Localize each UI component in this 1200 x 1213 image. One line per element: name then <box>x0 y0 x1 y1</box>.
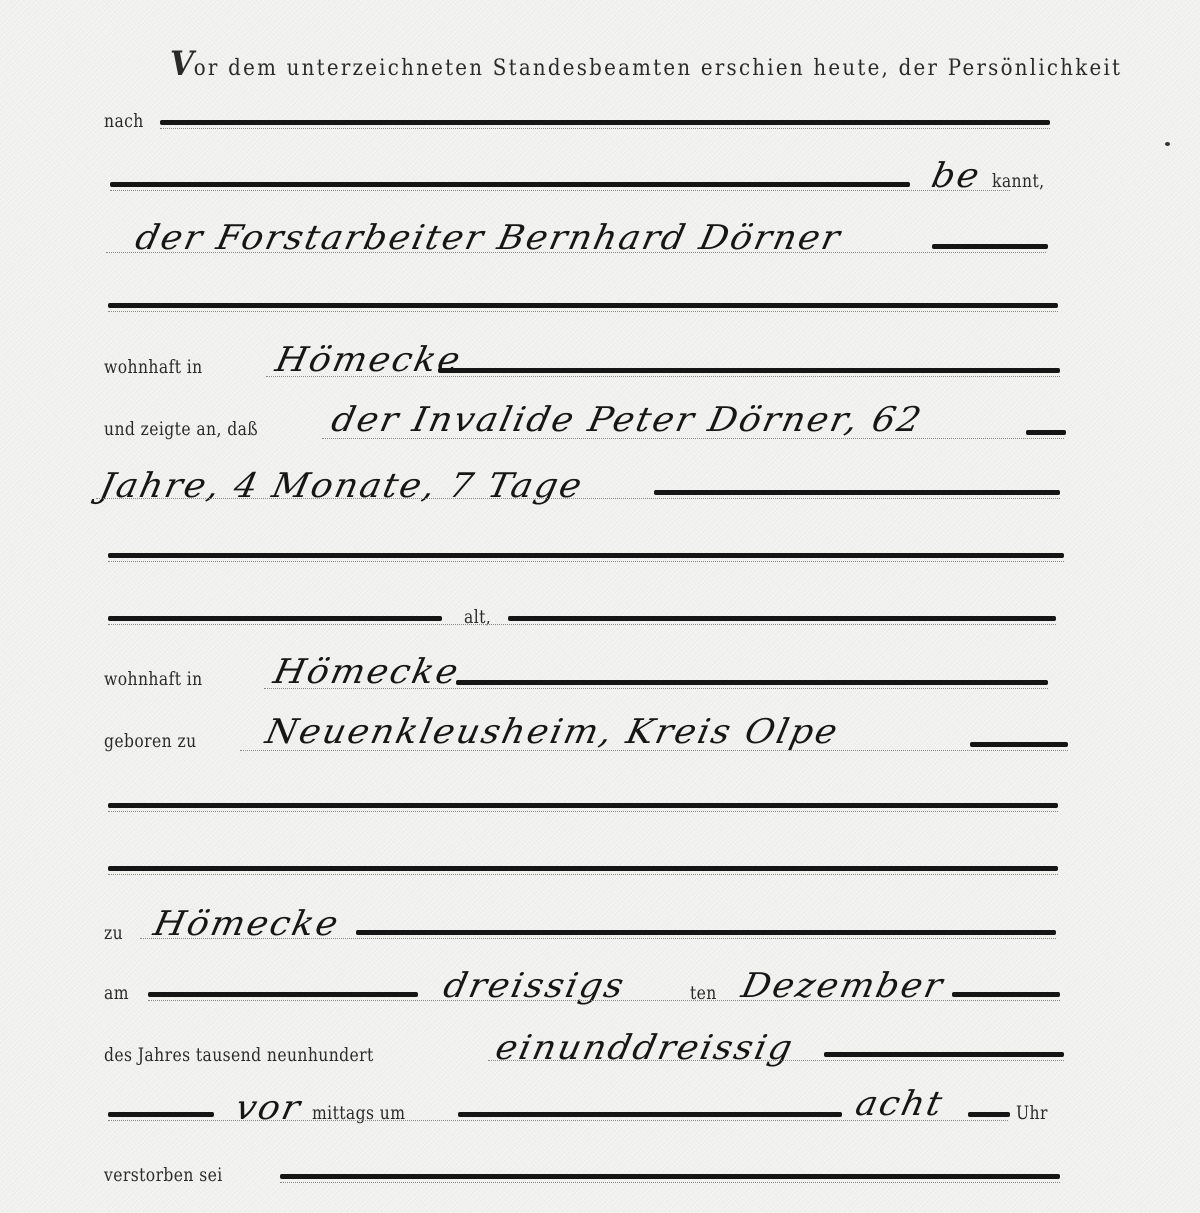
hour-of-death: acht <box>852 1084 948 1124</box>
fill-rule <box>438 368 1060 373</box>
fill-rule <box>456 680 1048 685</box>
label-nach: nach <box>104 110 144 132</box>
fill-rule <box>970 742 1068 747</box>
dotted-baseline <box>264 688 1048 689</box>
line-age: Jahre, 4 Monate, 7 Tage <box>0 472 1200 512</box>
fill-rule <box>1026 430 1066 435</box>
dotted-baseline <box>488 1060 1064 1061</box>
dotted-baseline <box>108 561 1064 562</box>
fill-rule <box>108 803 1058 808</box>
label-wohnhaft-in: wohnhaft in <box>104 668 203 690</box>
line-blank-2 <box>0 537 1200 577</box>
dotted-baseline <box>148 1000 1060 1001</box>
line-blank-1 <box>0 285 1200 325</box>
dotted-baseline <box>160 128 1050 129</box>
label-wohnhaft-in: wohnhaft in <box>104 356 203 378</box>
line-declared: und zeigte an, daß der Invalide Peter Dö… <box>0 410 1200 450</box>
label-am: am <box>104 982 129 1004</box>
dotted-baseline <box>240 750 1068 751</box>
dotted-baseline <box>108 1120 1008 1121</box>
dotted-baseline <box>322 438 1064 439</box>
heading-text: Vor dem unterzeichneten Standesbeamten e… <box>170 44 1122 84</box>
line-bekannt: be kannt, <box>0 162 1200 202</box>
fill-rule <box>508 616 1056 621</box>
informant-residence: Hömecke <box>272 340 466 380</box>
label-uhr: Uhr <box>1016 1102 1048 1124</box>
handwritten-be: be <box>928 156 985 196</box>
fill-rule <box>952 992 1060 997</box>
line-informant: der Forstarbeiter Bernhard Dörner <box>0 222 1200 262</box>
dotted-baseline <box>108 624 1056 625</box>
deceased-name: der Invalide Peter Dörner, 62 <box>328 400 927 440</box>
line-nach: nach <box>0 100 1200 140</box>
dotted-baseline <box>280 1182 1060 1183</box>
deceased-birthplace: Neuenkleusheim, Kreis Olpe <box>262 712 843 752</box>
fill-rule <box>148 992 418 997</box>
label-des-jahres: des Jahres tausend neunhundert <box>104 1044 374 1066</box>
fill-rule <box>108 616 442 621</box>
fill-rule <box>356 930 1056 935</box>
line-informant-residence: wohnhaft in Hömecke <box>0 348 1200 388</box>
document-page: Vor dem unterzeichneten Standesbeamten e… <box>0 0 1200 1213</box>
deceased-age: Jahre, 4 Monate, 7 Tage <box>96 466 587 506</box>
label-kannt: kannt, <box>992 170 1044 192</box>
ink-speck <box>1165 142 1170 146</box>
label-und-zeigte-an: und zeigte an, daß <box>104 418 258 440</box>
line-date-of-death: am dreissigs ten Dezember <box>0 974 1200 1014</box>
fill-rule <box>932 244 1048 249</box>
dotted-baseline <box>108 311 1058 312</box>
fill-rule <box>968 1112 1010 1117</box>
fill-rule <box>108 553 1064 558</box>
fill-rule <box>108 1112 214 1117</box>
fill-rule <box>108 303 1058 308</box>
deceased-residence: Hömecke <box>270 652 464 692</box>
label-verstorben-sei: verstorben sei <box>104 1164 223 1186</box>
fill-rule <box>280 1174 1060 1179</box>
time-period: vor <box>232 1088 306 1128</box>
year-of-death: einunddreissig <box>492 1028 798 1068</box>
fill-rule <box>110 182 910 187</box>
fill-rule <box>824 1052 1064 1057</box>
fill-rule <box>654 490 1060 495</box>
dotted-baseline <box>110 190 1010 191</box>
line-deceased-residence: wohnhaft in Hömecke <box>0 660 1200 700</box>
line-blank-4 <box>0 850 1200 890</box>
dotted-baseline <box>266 376 1060 377</box>
label-geboren-zu: geboren zu <box>104 730 197 752</box>
line-time-of-death: vor mittags um acht Uhr <box>0 1094 1200 1134</box>
dotted-baseline <box>106 252 1046 253</box>
dotted-baseline <box>108 811 1058 812</box>
line-verstorben-sei: verstorben sei <box>0 1156 1200 1196</box>
label-zu: zu <box>104 922 123 944</box>
line-alt: alt, <box>0 600 1200 640</box>
line-blank-3 <box>0 787 1200 827</box>
dotted-baseline <box>108 874 1058 875</box>
form-heading: Vor dem unterzeichneten Standesbeamten e… <box>0 40 1200 80</box>
dotted-baseline <box>140 938 1056 939</box>
line-place-of-death: zu Hömecke <box>0 912 1200 952</box>
line-year-of-death: des Jahres tausend neunhundert einunddre… <box>0 1034 1200 1074</box>
line-birthplace: geboren zu Neuenkleusheim, Kreis Olpe <box>0 722 1200 762</box>
fill-rule <box>458 1112 842 1117</box>
fill-rule <box>160 120 1050 125</box>
fill-rule <box>108 866 1058 871</box>
dotted-baseline <box>96 498 1060 499</box>
